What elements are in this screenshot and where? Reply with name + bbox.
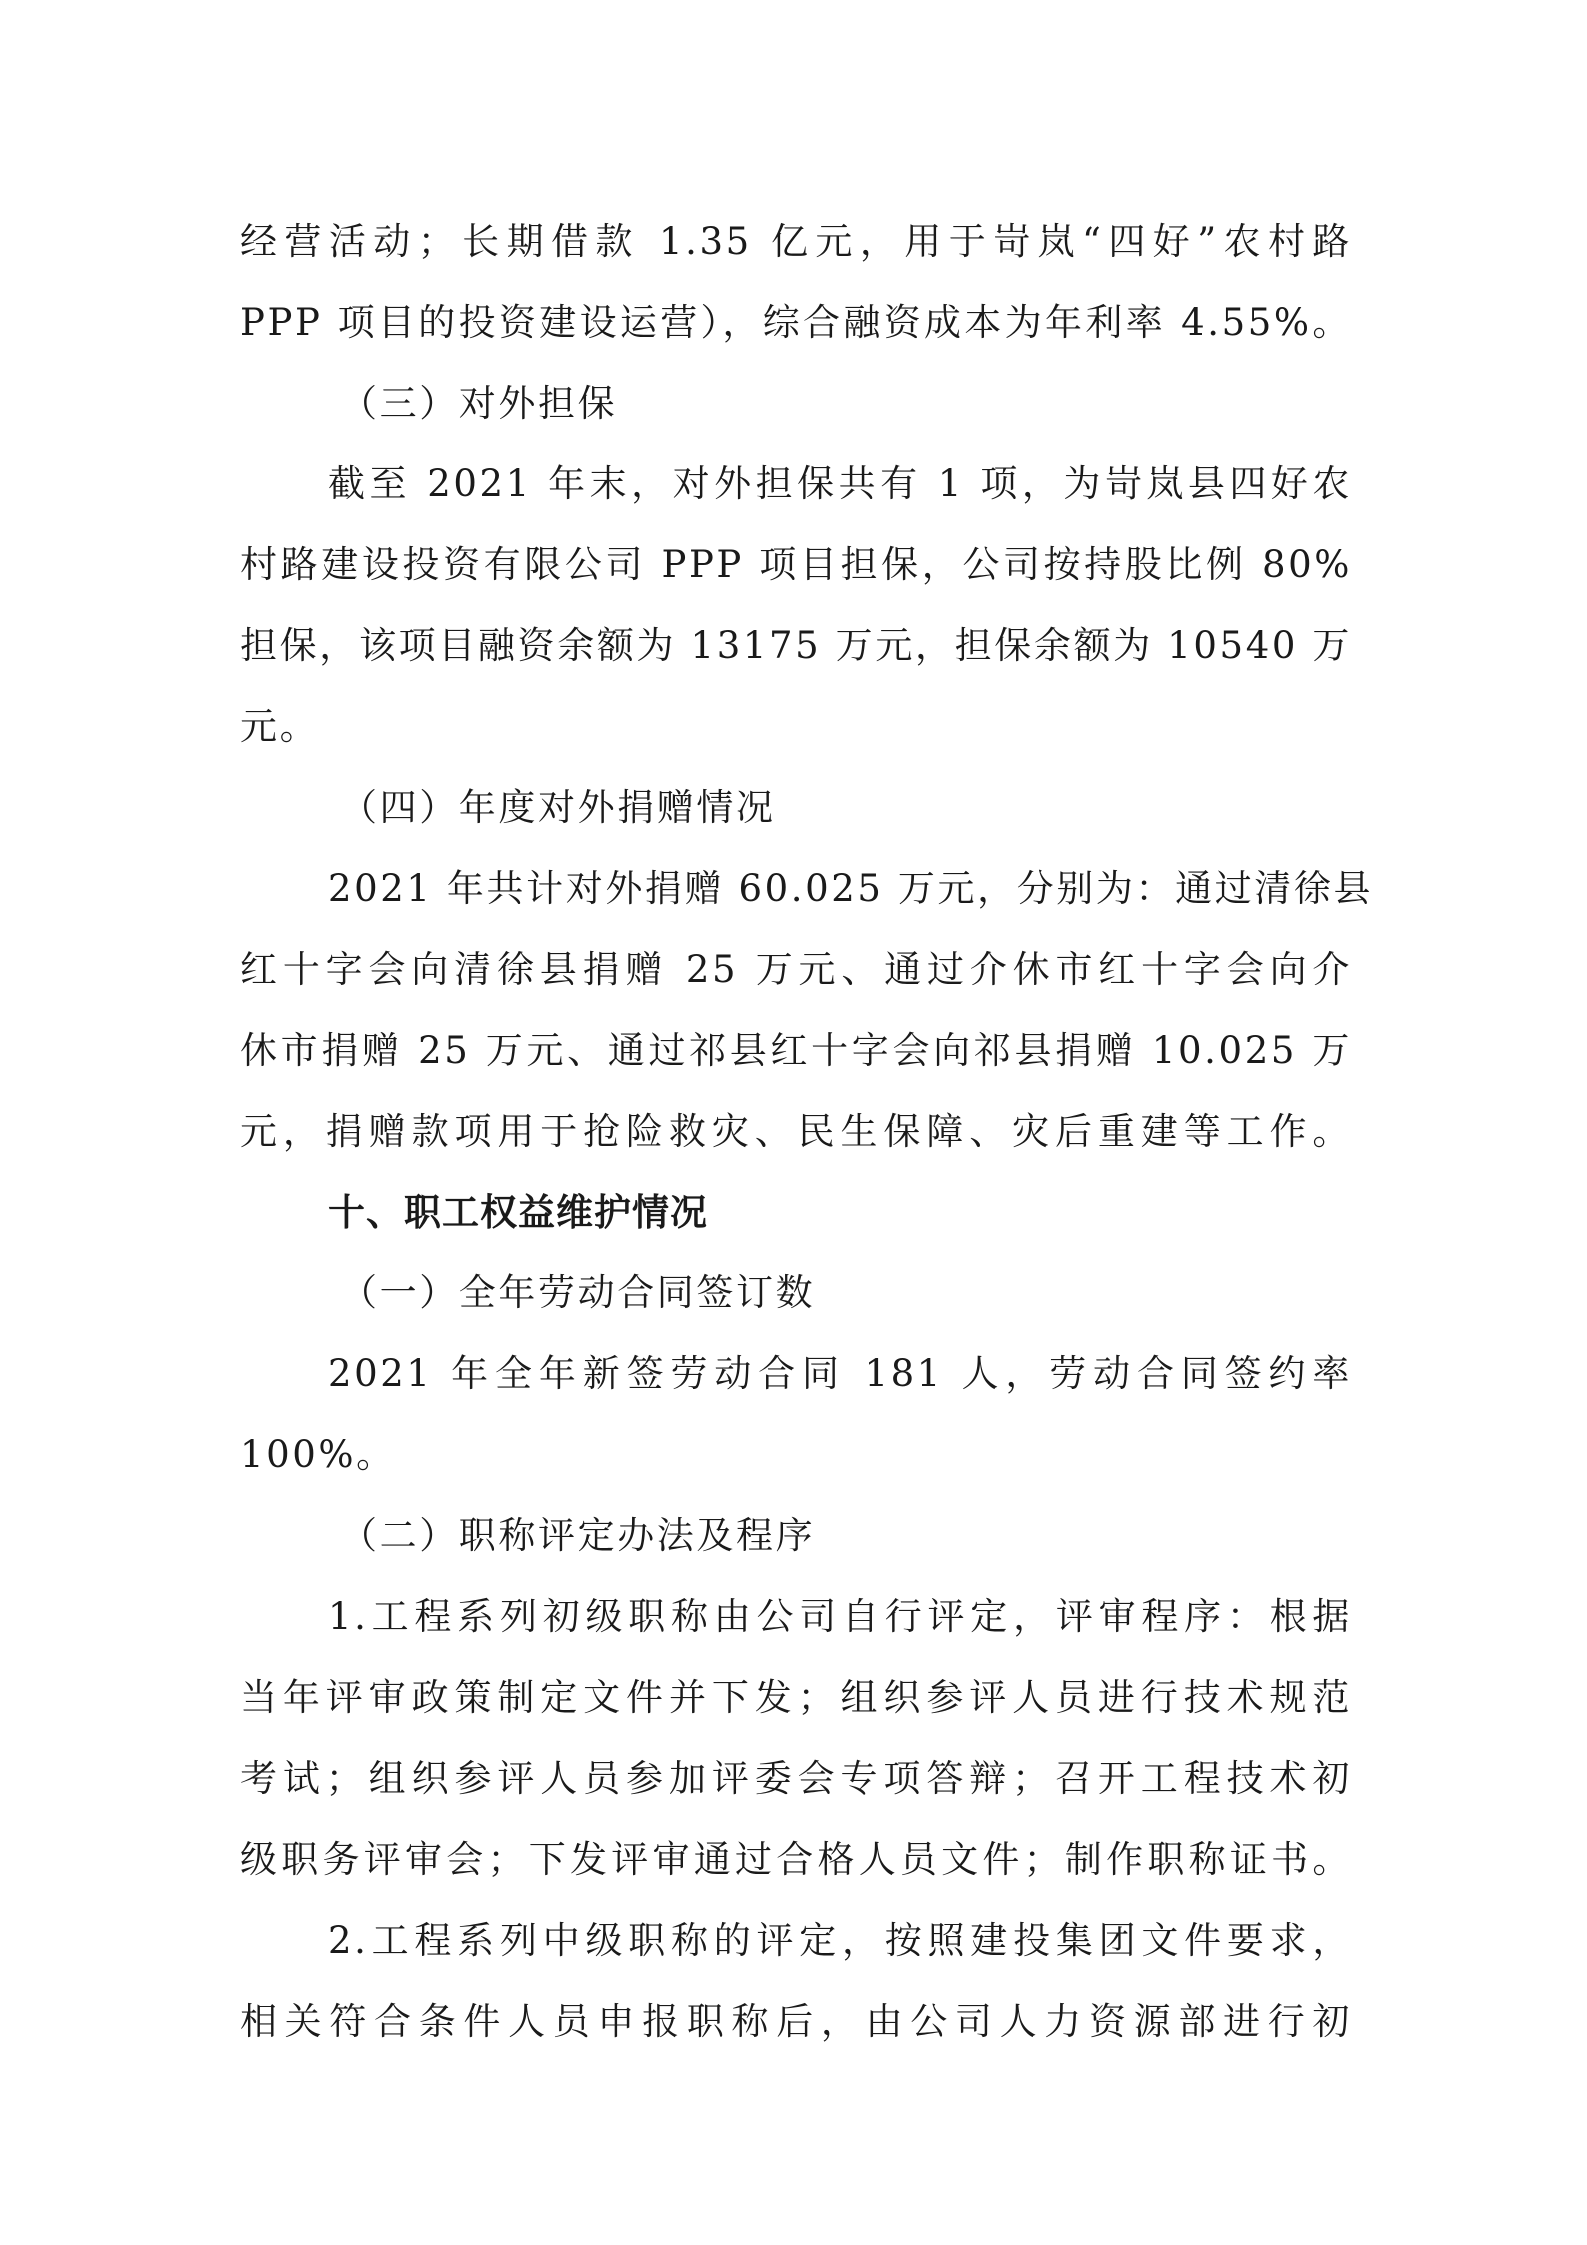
section-subheading-title-evaluation: （二）职称评定办法及程序 (340, 1506, 1452, 1566)
text-line: 级职务评审会；下发评审通过合格人员文件；制作职称证书。 (240, 1830, 1352, 1890)
text-line: 经营活动；长期借款 1.35 亿元，用于岢岚“四好”农村路 (240, 212, 1352, 272)
text-line: 元。 (240, 697, 1352, 757)
section-subheading-guarantee: （三）对外担保 (340, 374, 1452, 434)
text-line: 休市捐赠 25 万元、通过祁县红十字会向祁县捐赠 10.025 万 (240, 1021, 1352, 1081)
text-line: 相关符合条件人员申报职称后，由公司人力资源部进行初 (240, 1992, 1352, 2052)
section-subheading-labor-contracts: （一）全年劳动合同签订数 (340, 1263, 1452, 1323)
text-line: 元，捐赠款项用于抢险救灾、民生保障、灾后重建等工作。 (240, 1102, 1352, 1162)
paragraph-start: 1.工程系列初级职称由公司自行评定，评审程序：根据 (328, 1587, 1352, 1647)
text-line: 村路建设投资有限公司 PPP 项目担保，公司按持股比例 80% (240, 535, 1352, 595)
text-line: PPP 项目的投资建设运营），综合融资成本为年利率 4.55%。 (240, 293, 1352, 353)
paragraph-start: 截至 2021 年末，对外担保共有 1 项，为岢岚县四好农 (328, 454, 1352, 514)
section-subheading-donations: （四）年度对外捐赠情况 (340, 778, 1452, 838)
text-line: 红十字会向清徐县捐赠 25 万元、通过介休市红十字会向介 (240, 940, 1352, 1000)
text-line: 担保，该项目融资余额为 13175 万元，担保余额为 10540 万 (240, 616, 1352, 676)
text-line: 考试；组织参评人员参加评委会专项答辩；召开工程技术初 (240, 1749, 1352, 1809)
section-heading-employee-rights: 十、职工权益维护情况 (328, 1183, 1352, 1243)
paragraph-start: 2021 年全年新签劳动合同 181 人，劳动合同签约率 (328, 1344, 1352, 1404)
text-line: 当年评审政策制定文件并下发；组织参评人员进行技术规范 (240, 1668, 1352, 1728)
document-page: 经营活动；长期借款 1.35 亿元，用于岢岚“四好”农村路 PPP 项目的投资建… (0, 0, 1587, 2245)
text-line: 100%。 (240, 1425, 1352, 1485)
paragraph-start: 2021 年共计对外捐赠 60.025 万元，分别为：通过清徐县 (328, 859, 1352, 919)
paragraph-start: 2.工程系列中级职称的评定，按照建投集团文件要求， (328, 1911, 1352, 1971)
